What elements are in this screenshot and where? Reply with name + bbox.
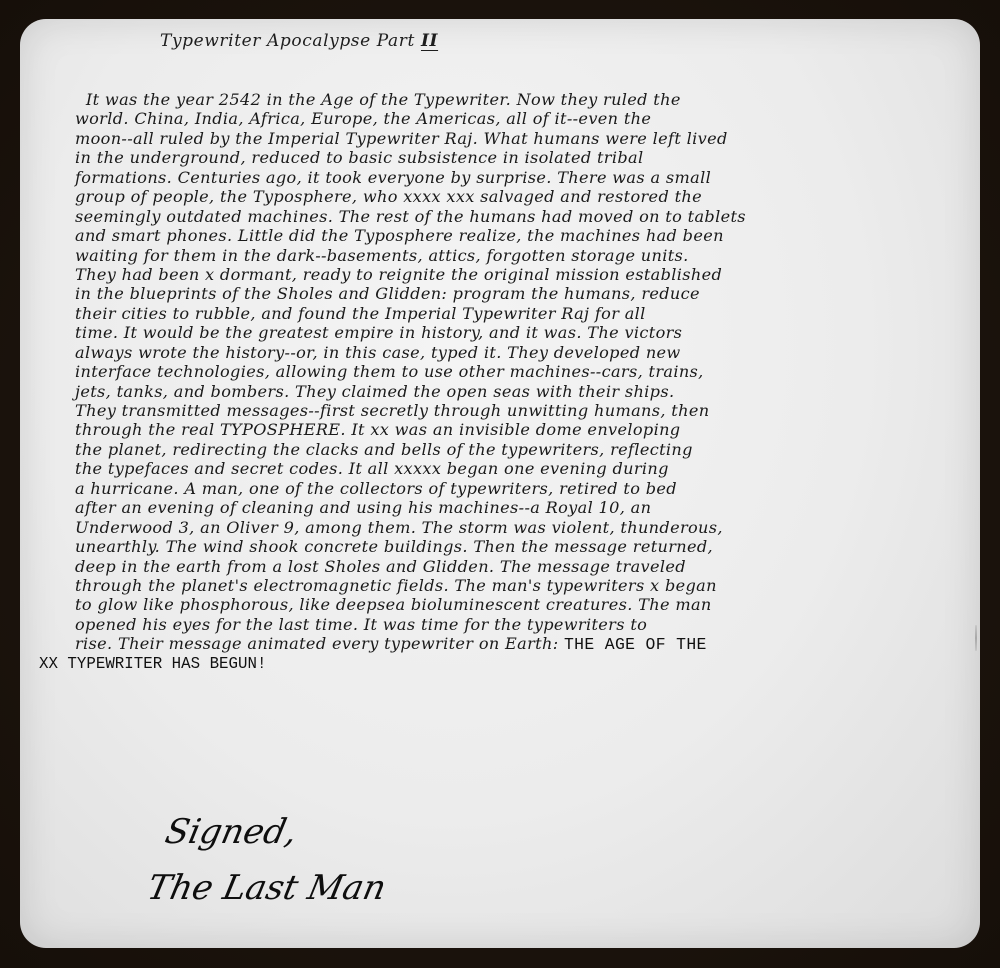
final-caps-line: XX TYPEWRITER HAS BEGUN! [39,654,944,673]
closing-caps-text: THE AGE OF THE [564,635,707,654]
text-line-content: world. China, India, Africa, Europe, the… [75,109,651,128]
text-line: formations. Centuries ago, it took every… [75,168,980,187]
text-line: It was the year 2542 in the Age of the T… [75,90,980,109]
text-line: and smart phones. Little did the Typosph… [75,226,980,245]
text-line-content: deep in the earth from a lost Sholes and… [75,557,686,576]
text-line: world. China, India, Africa, Europe, the… [75,109,980,128]
text-line: through the real TYPOSPHERE. It xx was a… [75,420,980,439]
text-line-content: in the blueprints of the Sholes and Glid… [75,284,700,303]
text-line-content: after an evening of cleaning and using h… [75,498,651,517]
text-line: group of people, the Typosphere, who xxx… [75,187,980,206]
text-line: seemingly outdated machines. The rest of… [75,207,980,226]
text-line: deep in the earth from a lost Sholes and… [75,557,980,576]
title-part-number: II [421,31,438,51]
text-line-content: through the planet's electromagnetic fie… [75,576,717,595]
text-line: the planet, redirecting the clacks and b… [75,440,980,459]
text-line-content: time. It would be the greatest empire in… [75,323,682,342]
text-line: in the underground, reduced to basic sub… [75,148,980,167]
text-line-content: unearthly. The wind shook concrete build… [75,537,713,556]
text-line-content: interface technologies, allowing them to… [75,362,704,381]
text-line-content: Underwood 3, an Oliver 9, among them. Th… [75,518,723,537]
text-line-content: waiting for them in the dark--basements,… [75,246,689,265]
text-line: the typefaces and secret codes. It all x… [75,459,980,478]
text-line: time. It would be the greatest empire in… [75,323,980,342]
text-line: jets, tanks, and bombers. They claimed t… [75,382,980,401]
text-line-content: They transmitted messages--first secretl… [75,401,709,420]
text-line: always wrote the history--or, in this ca… [75,343,980,362]
text-line-content: group of people, the Typosphere, who xxx… [75,187,702,206]
text-line-content: the typefaces and secret codes. It all x… [75,459,669,478]
text-line-content: and smart phones. Little did the Typosph… [75,226,724,245]
text-line-content: rise. Their message animated every typew… [75,634,564,653]
text-line: Underwood 3, an Oliver 9, among them. Th… [75,518,980,537]
text-line: opened his eyes for the last time. It wa… [75,615,980,634]
text-line-content: in the underground, reduced to basic sub… [75,148,643,167]
text-line: their cities to rubble, and found the Im… [75,304,980,323]
text-line: They had been x dormant, ready to reigni… [75,265,980,284]
text-line-content: through the real TYPOSPHERE. It xx was a… [75,420,680,439]
typewritten-page: Typewriter Apocalypse Part II It was the… [20,19,980,948]
text-line-content: jets, tanks, and bombers. They claimed t… [75,382,674,401]
title-text: Typewriter Apocalypse Part [160,31,421,51]
text-line: to glow like phosphorous, like deepsea b… [75,595,980,614]
text-line-content: formations. Centuries ago, it took every… [75,168,711,187]
text-line-content: opened his eyes for the last time. It wa… [75,615,647,634]
page-title: Typewriter Apocalypse Part II [160,31,438,51]
text-line: after an evening of cleaning and using h… [75,498,980,517]
text-line-content: the planet, redirecting the clacks and b… [75,440,693,459]
text-line: rise. Their message animated every typew… [75,634,980,653]
text-line: waiting for them in the dark--basements,… [75,246,980,265]
signature-line-name: The Last Man [142,860,391,916]
text-line: unearthly. The wind shook concrete build… [75,537,980,556]
text-line-content: seemingly outdated machines. The rest of… [75,207,746,226]
text-line-content: a hurricane. A man, one of the collector… [75,479,677,498]
text-line: moon--all ruled by the Imperial Typewrit… [75,129,980,148]
text-line-content: moon--all ruled by the Imperial Typewrit… [75,129,728,148]
paper-smudge-mark [975,625,977,651]
handwritten-signature: Signed, The Last Man [148,804,403,916]
text-line-content: It was the year 2542 in the Age of the T… [75,90,681,109]
signature-line-signed: Signed, [160,804,403,860]
text-line-content: to glow like phosphorous, like deepsea b… [75,595,712,614]
text-line: They transmitted messages--first secretl… [75,401,980,420]
story-body: It was the year 2542 in the Age of the T… [75,90,980,673]
text-line-content: their cities to rubble, and found the Im… [75,304,646,323]
text-line: a hurricane. A man, one of the collector… [75,479,980,498]
text-line: interface technologies, allowing them to… [75,362,980,381]
text-line-content: always wrote the history--or, in this ca… [75,343,681,362]
text-line: in the blueprints of the Sholes and Glid… [75,284,980,303]
text-line-content: They had been x dormant, ready to reigni… [75,265,722,284]
text-line: through the planet's electromagnetic fie… [75,576,980,595]
